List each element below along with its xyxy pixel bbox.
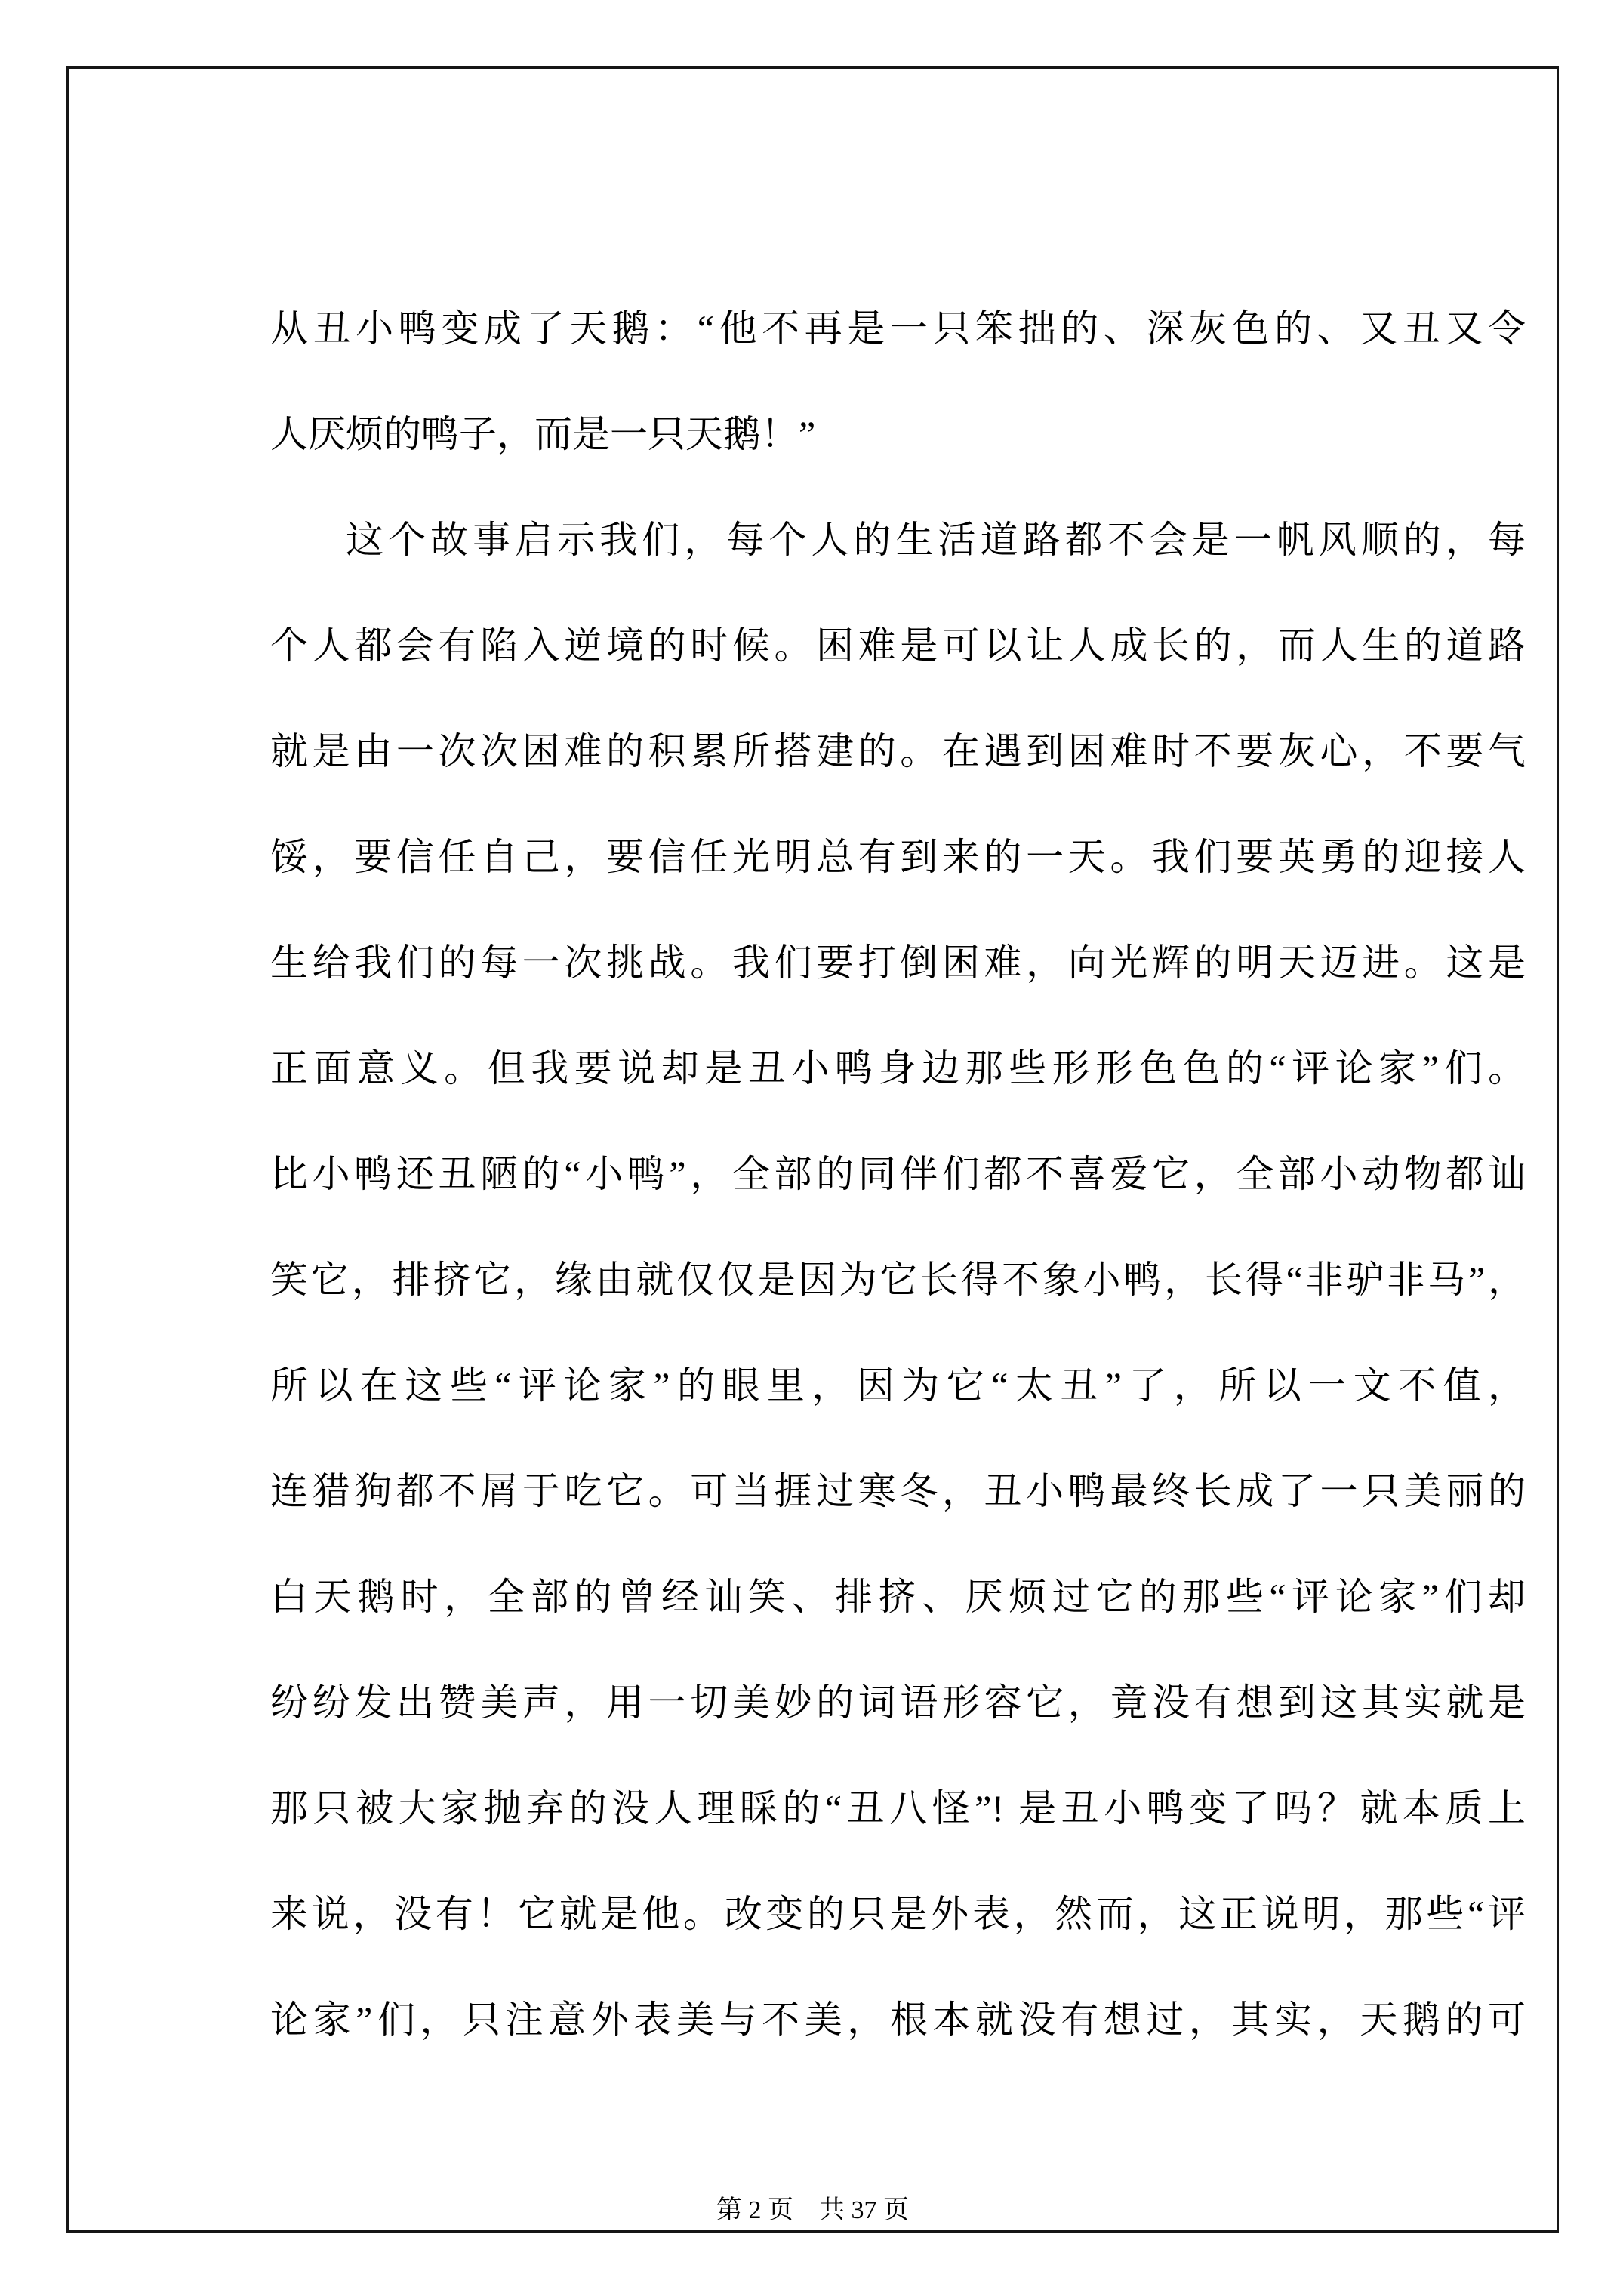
text-line-16: 来说，没有！它就是他。改变的只是外表，然而，这正说明，那些“评 [270,1861,1526,1967]
document-page: 从丑小鸭变成了天鹅：“他不再是一只笨拙的、深灰色的、又丑又令 人厌烦的鸭子，而是… [0,0,1623,2296]
text-line-2: 人厌烦的鸭子，而是一只天鹅！” [270,381,1526,487]
text-line-6: 馁，要信任自己，要信任光明总有到来的一天。我们要英勇的迎接人 [270,804,1526,910]
text-line-17: 论家”们，只注意外表美与不美，根本就没有想过，其实，天鹅的可 [270,1967,1526,2073]
text-line-15: 那只被大家抛弃的没人理睬的“丑八怪”! 是丑小鸭变了吗？就本质上 [270,1755,1526,1861]
page-footer: 第 2 页 共 37 页 [69,2192,1557,2230]
text-line-10: 笑它，排挤它，缘由就仅仅是因为它长得不象小鸭，长得“非驴非马”， [270,1227,1526,1333]
text-line-11: 所以在这些“评论家”的眼里，因为它“太丑”了，所以一文不值， [270,1333,1526,1438]
text-line-4: 个人都会有陷入逆境的时候。困难是可以让人成长的，而人生的道路 [270,593,1526,698]
text-line-12: 连猎狗都不屑于吃它。可当捱过寒冬，丑小鸭最终长成了一只美丽的 [270,1438,1526,1544]
text-line-14: 纷纷发出赞美声，用一切美妙的词语形容它，竟没有想到这其实就是 [270,1650,1526,1755]
text-line-3: 这个故事启示我们，每个人的生活道路都不会是一帆风顺的，每 [270,487,1526,593]
text-line-7: 生给我们的每一次挑战。我们要打倒困难，向光辉的明天迈进。这是 [270,910,1526,1015]
text-line-9: 比小鸭还丑陋的“小鸭”，全部的同伴们都不喜爱它，全部小动物都讪 [270,1121,1526,1227]
page-border-frame: 从丑小鸭变成了天鹅：“他不再是一只笨拙的、深灰色的、又丑又令 人厌烦的鸭子，而是… [66,66,1559,2233]
text-line-8: 正面意义。但我要说却是丑小鸭身边那些形形色色的“评论家”们。 [270,1015,1526,1121]
text-line-1: 从丑小鸭变成了天鹅：“他不再是一只笨拙的、深灰色的、又丑又令 [270,276,1526,381]
text-line-5: 就是由一次次困难的积累所搭建的。在遇到困难时不要灰心，不要气 [270,698,1526,804]
document-body-text: 从丑小鸭变成了天鹅：“他不再是一只笨拙的、深灰色的、又丑又令 人厌烦的鸭子，而是… [270,276,1526,2073]
text-line-13: 白天鹅时，全部的曾经讪笑、排挤、厌烦过它的那些“评论家”们却 [270,1544,1526,1650]
page-number-label: 第 2 页 共 37 页 [716,2196,909,2224]
